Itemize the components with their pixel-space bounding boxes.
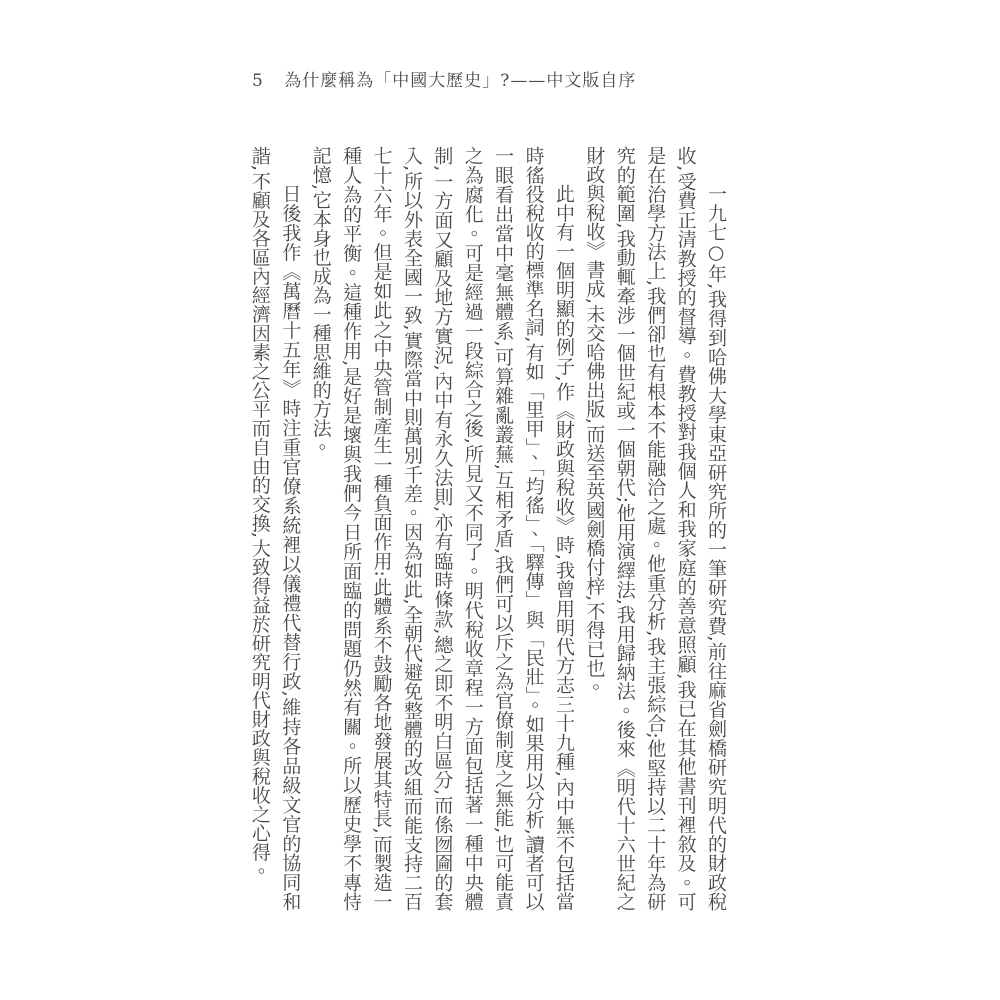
chapter-title: 為什麼稱為「中國大歷史」?——中文版自序 (284, 71, 636, 91)
book-page: 5 為什麼稱為「中國大歷史」?——中文版自序 一九七○年,我得到哈佛大學東亞研究… (0, 0, 1000, 1000)
paragraph: 此中有一個明顯的例子,作《財政與稅收》時,我曾用明代方志三十九種,內中無不包括當… (305, 146, 579, 911)
paragraph: 一九七○年,我得到哈佛大學東亞研究所的一筆研究費,前往麻省劍橋研究明代的財政稅收… (579, 146, 731, 911)
paragraph: 日後我作《萬曆十五年》時注重官僚系統裡以儀禮代替行政,維持各品級文官的協同和諧,… (245, 146, 306, 911)
preface-body-text: 一九七○年,我得到哈佛大學東亞研究所的一筆研究費,前往麻省劍橋研究明代的財政稅收… (237, 146, 731, 911)
page-number: 5 (252, 71, 263, 91)
running-header: 5 為什麼稱為「中國大歷史」?——中文版自序 (252, 66, 636, 91)
